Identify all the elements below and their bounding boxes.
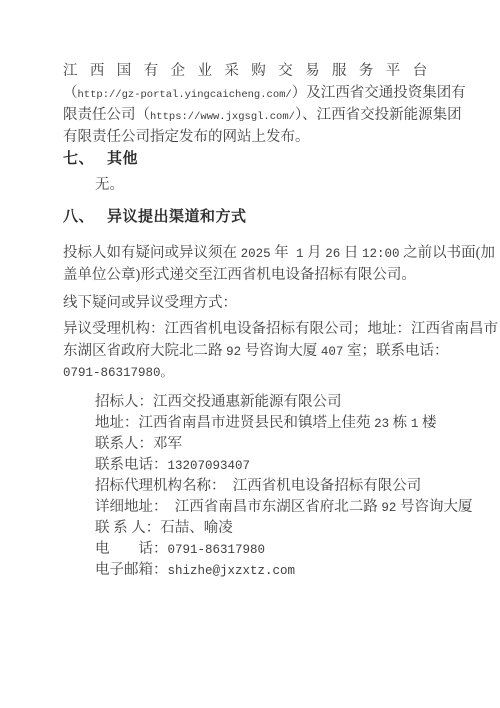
tenderer-name: 江西交投通惠新能源有限公司 (153, 394, 342, 410)
tenderer-address-mid: 栋 (389, 415, 411, 431)
agent-address-row: 详细地址： 江西省南昌市东湖区省府北二路 92 号咨询大厦 (63, 497, 475, 518)
agent-contact-label: 联 系 人： (95, 520, 160, 536)
agent-name-row: 招标代理机构名称： 江西省机电设备招标有限公司 (63, 476, 475, 497)
tenderer-contact-name: 邓军 (153, 436, 182, 452)
publish-line-1: 江西国有企业采购交易服务平台 (63, 60, 475, 82)
deadline-day: 26 (325, 247, 340, 261)
tenderer-row: 招标人：江西交投通惠新能源有限公司 (63, 392, 475, 413)
document-page: 江西国有企业采购交易服务平台 （http://gz-portal.yingcai… (0, 0, 500, 708)
tenderer-phone-number: 13207093407 (168, 459, 251, 473)
platform-url: http://gz-portal.yingcaicheng.com/ (78, 89, 292, 101)
agent-address-label: 详细地址： (95, 499, 168, 515)
agent-address-tail: 号咨询大厦 (396, 499, 472, 515)
agency-addr-text-2: 号咨询大厦 (241, 343, 321, 359)
deadline-text-1: 投标人如有疑问或异议须在 (63, 245, 241, 261)
agent-name-gap (226, 478, 233, 494)
objection-agency-paragraph: 异议受理机构：江西省机电设备招标有限公司；地址：江西省南昌市 东湖区省政府大院北… (63, 318, 475, 384)
agent-contact-row: 联 系 人：石喆、喻凌 (63, 518, 475, 539)
agency-room-number: 407 (321, 345, 344, 359)
publish-line-2-tail: ）及江西省交通投资集团有 (292, 85, 466, 101)
agent-email-label: 电子邮箱： (95, 562, 168, 578)
section-8-number: 八、 (63, 208, 94, 225)
contacts-block: 招标人：江西交投通惠新能源有限公司 地址：江西省南昌市进贤县民和镇塔上佳苑 23… (63, 392, 475, 581)
agent-phone-row: 电 话：0791-86317980 (63, 539, 475, 560)
publish-paragraph: 江西国有企业采购交易服务平台 （http://gz-portal.yingcai… (63, 60, 475, 148)
deadline-text-2: 年 (271, 245, 296, 261)
tenderer-address-row: 地址：江西省南昌市进贤县民和镇塔上佳苑 23 栋 1 楼 (63, 413, 475, 434)
tenderer-contact-label: 联系人： (95, 436, 153, 452)
publish-line-3-tail: ）、江西省交投新能源集团 (295, 107, 462, 123)
deadline-text-4: 日 (340, 245, 362, 261)
agent-name: 江西省机电设备招标有限公司 (233, 478, 422, 494)
deadline-line-1: 投标人如有疑问或异议须在 2025 年 1 月 26 日 12:00 之前以书面… (63, 242, 475, 264)
agency-addr-text-3: 室；联系电话： (343, 343, 448, 359)
tenderer-address-label: 地址： (95, 415, 139, 431)
tenderer-phone-label: 联系电话： (95, 457, 168, 473)
tenderer-label: 招标人： (95, 394, 153, 410)
section-7-number: 七、 (63, 150, 94, 167)
agent-contact-names: 石喆、喻凌 (160, 520, 233, 536)
agency-street-number: 92 (226, 345, 241, 359)
group-url: https://www.jxgsgl.com/ (150, 111, 295, 123)
objection-deadline-paragraph: 投标人如有疑问或异议须在 2025 年 1 月 26 日 12:00 之前以书面… (63, 242, 475, 286)
agent-email-address: shizhe@jxzxtz.com (168, 564, 296, 578)
agent-street-number: 92 (381, 501, 396, 515)
deadline-time: 12:00 (362, 247, 400, 261)
tenderer-phone-row: 联系电话：13207093407 (63, 455, 475, 476)
agent-address-gap (168, 499, 175, 515)
deadline-text-5: 之前以书面(加 (400, 245, 495, 261)
agent-email-row: 电子邮箱：shizhe@jxzxtz.com (63, 560, 475, 581)
agency-line-1: 异议受理机构：江西省机电设备招标有限公司；地址：江西省南昌市 (63, 318, 475, 340)
deadline-year: 2025 (241, 247, 271, 261)
deadline-month: 1 (296, 247, 304, 261)
publish-line-3: 限责任公司（https://www.jxgsgl.com/）、江西省交投新能源集… (63, 104, 475, 126)
publish-line-2: （http://gz-portal.yingcaicheng.com/）及江西省… (63, 82, 475, 104)
tenderer-contact-row: 联系人：邓军 (63, 434, 475, 455)
offline-method-title: 线下疑问或异议受理方式： (63, 292, 475, 314)
section-7-body: 无。 (63, 174, 475, 196)
tenderer-address-text: 江西省南昌市进贤县民和镇塔上佳苑 (139, 415, 375, 431)
deadline-line-2: 盖单位公章)形式递交至江西省机电设备招标有限公司。 (63, 264, 475, 286)
agent-name-label: 招标代理机构名称： (95, 478, 226, 494)
document-content: 江西国有企业采购交易服务平台 （http://gz-portal.yingcai… (63, 60, 475, 581)
section-8-heading: 八、异议提出渠道和方式 (63, 206, 475, 228)
publish-line-4: 有限责任公司指定发布的网站上发布。 (63, 126, 475, 148)
publish-line-2-text: （ (63, 85, 78, 101)
agency-line-2: 东湖区省政府大院北二路 92 号咨询大厦 407 室；联系电话： (63, 340, 475, 362)
agent-phone-number: 0791-86317980 (168, 543, 266, 557)
publish-line-3-text: 限责任公司（ (63, 107, 150, 123)
deadline-text-3: 月 (304, 245, 326, 261)
tenderer-address-tail: 楼 (418, 415, 436, 431)
agent-phone-label: 电 话： (95, 541, 168, 557)
agency-addr-text-1: 东湖区省政府大院北二路 (63, 343, 226, 359)
agent-address-text: 江西省南昌市东湖区省府北二路 (175, 499, 382, 515)
section-7-title: 其他 (107, 150, 138, 167)
section-8-title: 异议提出渠道和方式 (107, 208, 247, 225)
tenderer-building-number: 23 (374, 417, 389, 431)
section-7-heading: 七、其他 (63, 148, 475, 170)
agency-phone-number: 0791-86317980。 (63, 362, 475, 384)
